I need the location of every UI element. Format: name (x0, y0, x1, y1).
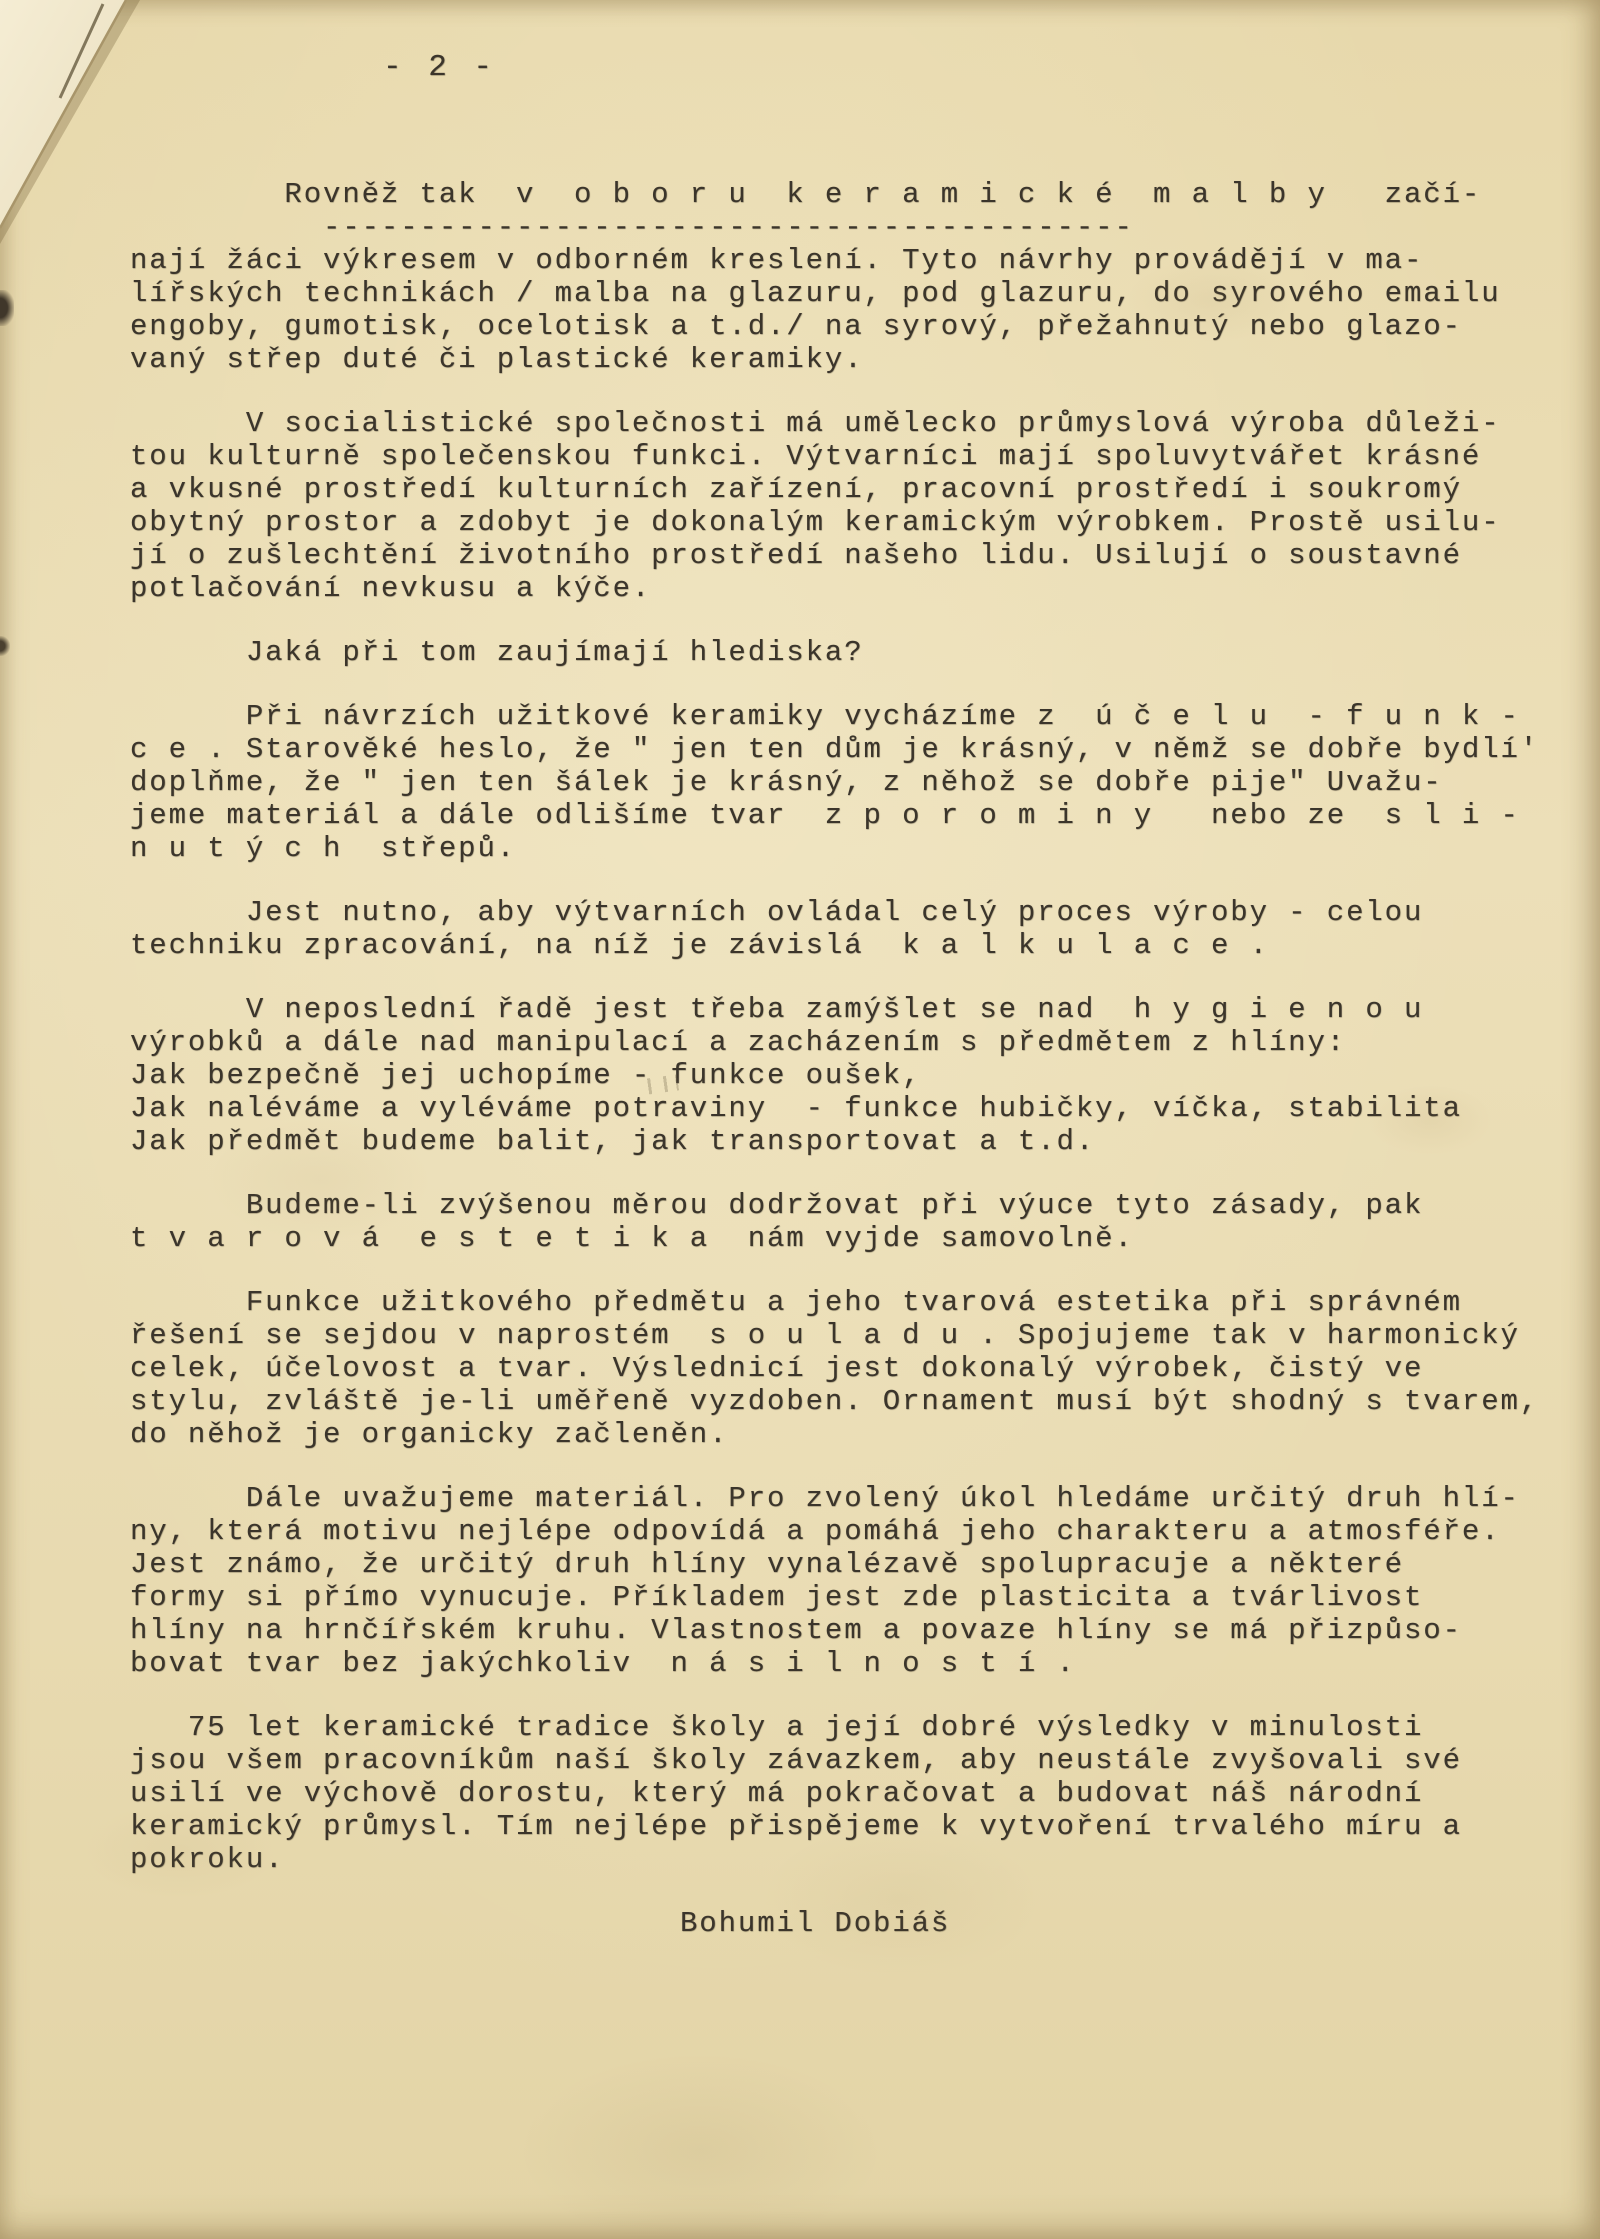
heading-paragraph: Rovněž tak v o b o r u k e r a m i c k é… (130, 178, 1580, 376)
page-number: - 2 - (383, 50, 496, 85)
signature: Bohumil Dobiáš (130, 1907, 1580, 1940)
paragraph-75-let: 75 let keramické tradice školy a její do… (130, 1711, 1580, 1876)
paragraph-tvarova-estetika: Budeme-li zvýšenou měrou dodržovat při v… (130, 1189, 1580, 1255)
paragraph-soulad: Funkce užitkového předmětu a jeho tvarov… (130, 1286, 1580, 1451)
paragraph-material: Dále uvažujeme materiál. Pro zvolený úko… (130, 1482, 1580, 1680)
paragraph-socialist-society: V socialistické společnosti má umělecko … (130, 407, 1580, 605)
paragraph-ucel-funkce: Při návrzích užitkové keramiky vycházíme… (130, 700, 1580, 865)
document-body: Rovněž tak v o b o r u k e r a m i c k é… (130, 178, 1580, 1940)
paragraph-question: Jaká při tom zaujímají hlediska? (130, 636, 1580, 669)
paragraph-hygiena: V neposlední řadě jest třeba zamýšlet se… (130, 993, 1580, 1158)
left-edge-nick-mark (0, 636, 10, 656)
scanned-typewritten-page: - 2 - Rovněž tak v o b o r u k e r a m i… (0, 0, 1600, 2239)
paragraph-kalkulace: Jest nutno, aby výtvarních ovládal celý … (130, 896, 1580, 962)
left-edge-ink-mark (0, 290, 14, 326)
